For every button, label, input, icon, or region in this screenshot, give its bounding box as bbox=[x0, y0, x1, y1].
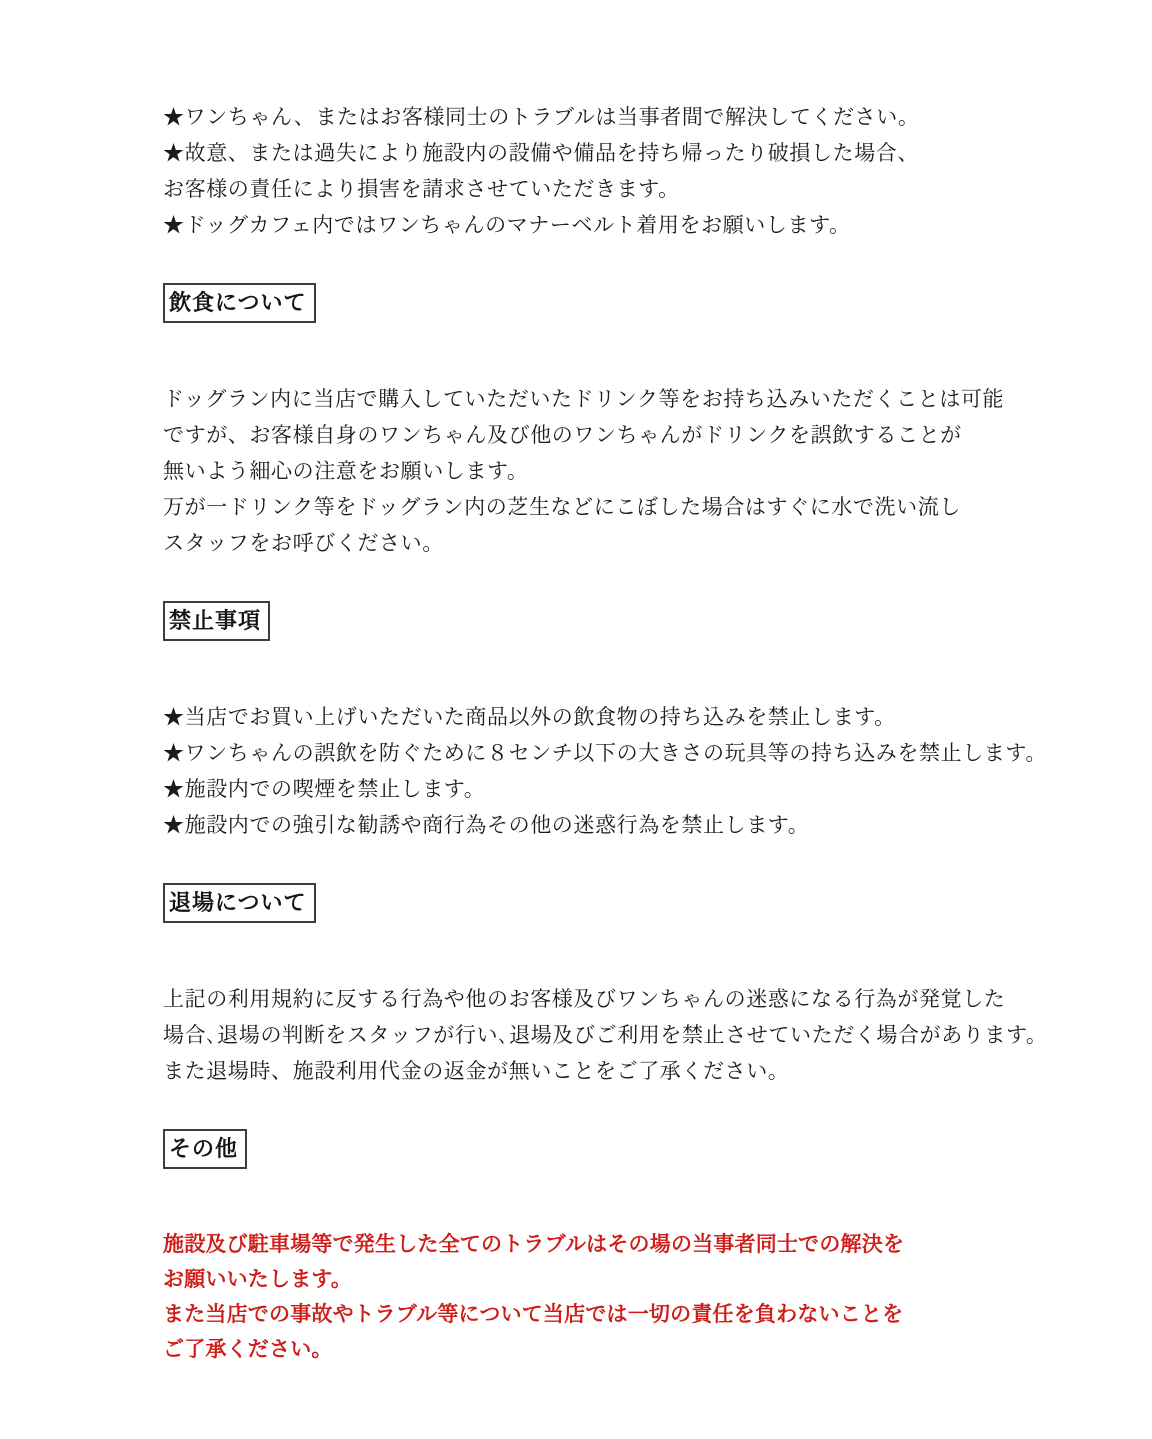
text-line: お客様の責任により損害を請求させていただきます。 bbox=[163, 171, 1132, 207]
text-line: ★ドッグカフェ内ではワンちゃんのマナーベルト着用をお願いします。 bbox=[163, 207, 1132, 243]
text-line: ドッグラン内に当店で購入していただいたドリンク等をお持ち込みいただくことは可能 bbox=[163, 381, 1132, 417]
text-line: 場合､退場の判断をスタッフが行い､退場及びご利用を禁止させていただく場合がありま… bbox=[163, 1017, 1132, 1053]
text-line: また当店での事故やトラブル等について当店では一切の責任を負わないことを bbox=[163, 1297, 1132, 1332]
intro-paragraph: ★ワンちゃん、またはお客様同士のトラブルは当事者間で解決してください。 ★故意、… bbox=[163, 99, 1132, 243]
section-heading-exit: 退場について bbox=[163, 883, 316, 923]
text-line: ★当店でお買い上げいただいた商品以外の飲食物の持ち込みを禁止します。 bbox=[163, 699, 1132, 735]
text-line: 上記の利用規約に反する行為や他のお客様及びワンちゃんの迷惑になる行為が発覚した bbox=[163, 981, 1132, 1017]
text-line: ★ワンちゃん、またはお客様同士のトラブルは当事者間で解決してください。 bbox=[163, 99, 1132, 135]
text-line: ★施設内での喫煙を禁止します。 bbox=[163, 771, 1132, 807]
text-line: スタッフをお呼びください。 bbox=[163, 525, 1132, 561]
text-line: ですが、お客様自身のワンちゃん及び他のワンちゃんがドリンクを誤飲することが bbox=[163, 417, 1132, 453]
document-page: ★ワンちゃん、またはお客様同士のトラブルは当事者間で解決してください。 ★故意、… bbox=[0, 0, 1152, 1439]
section-body-exit: 上記の利用規約に反する行為や他のお客様及びワンちゃんの迷惑になる行為が発覚した … bbox=[163, 981, 1132, 1089]
section-heading-prohibited: 禁止事項 bbox=[163, 601, 270, 641]
text-line: 施設及び駐車場等で発生した全てのトラブルはその場の当事者同士での解決を bbox=[163, 1227, 1132, 1262]
text-line: 万が一ドリンク等をドッグラン内の芝生などにこぼした場合はすぐに水で洗い流し bbox=[163, 489, 1132, 525]
section-heading-other: その他 bbox=[163, 1129, 247, 1169]
text-line: ご了承ください。 bbox=[163, 1332, 1132, 1367]
text-line: お願いいたします。 bbox=[163, 1262, 1132, 1297]
text-line: また退場時、施設利用代金の返金が無いことをご了承ください。 bbox=[163, 1053, 1132, 1089]
section-heading-row-exit: 退場について bbox=[163, 883, 1132, 923]
section-heading-food: 飲食について bbox=[163, 283, 316, 323]
section-heading-row-prohibited: 禁止事項 bbox=[163, 601, 1132, 641]
section-heading-row-other: その他 bbox=[163, 1129, 1132, 1169]
section-body-food: ドッグラン内に当店で購入していただいたドリンク等をお持ち込みいただくことは可能 … bbox=[163, 381, 1132, 561]
notice-paragraph-red: 施設及び駐車場等で発生した全てのトラブルはその場の当事者同士での解決を お願いい… bbox=[163, 1227, 1132, 1367]
section-body-prohibited: ★当店でお買い上げいただいた商品以外の飲食物の持ち込みを禁止します。 ★ワンちゃ… bbox=[163, 699, 1132, 843]
text-line: ★施設内での強引な勧誘や商行為その他の迷惑行為を禁止します。 bbox=[163, 807, 1132, 843]
section-heading-row-food: 飲食について bbox=[163, 283, 1132, 323]
text-line: 無いよう細心の注意をお願いします。 bbox=[163, 453, 1132, 489]
text-line: ★故意、または過失により施設内の設備や備品を持ち帰ったり破損した場合、 bbox=[163, 135, 1132, 171]
text-line: ★ワンちゃんの誤飲を防ぐために８センチ以下の大きさの玩具等の持ち込みを禁止します… bbox=[163, 735, 1132, 771]
